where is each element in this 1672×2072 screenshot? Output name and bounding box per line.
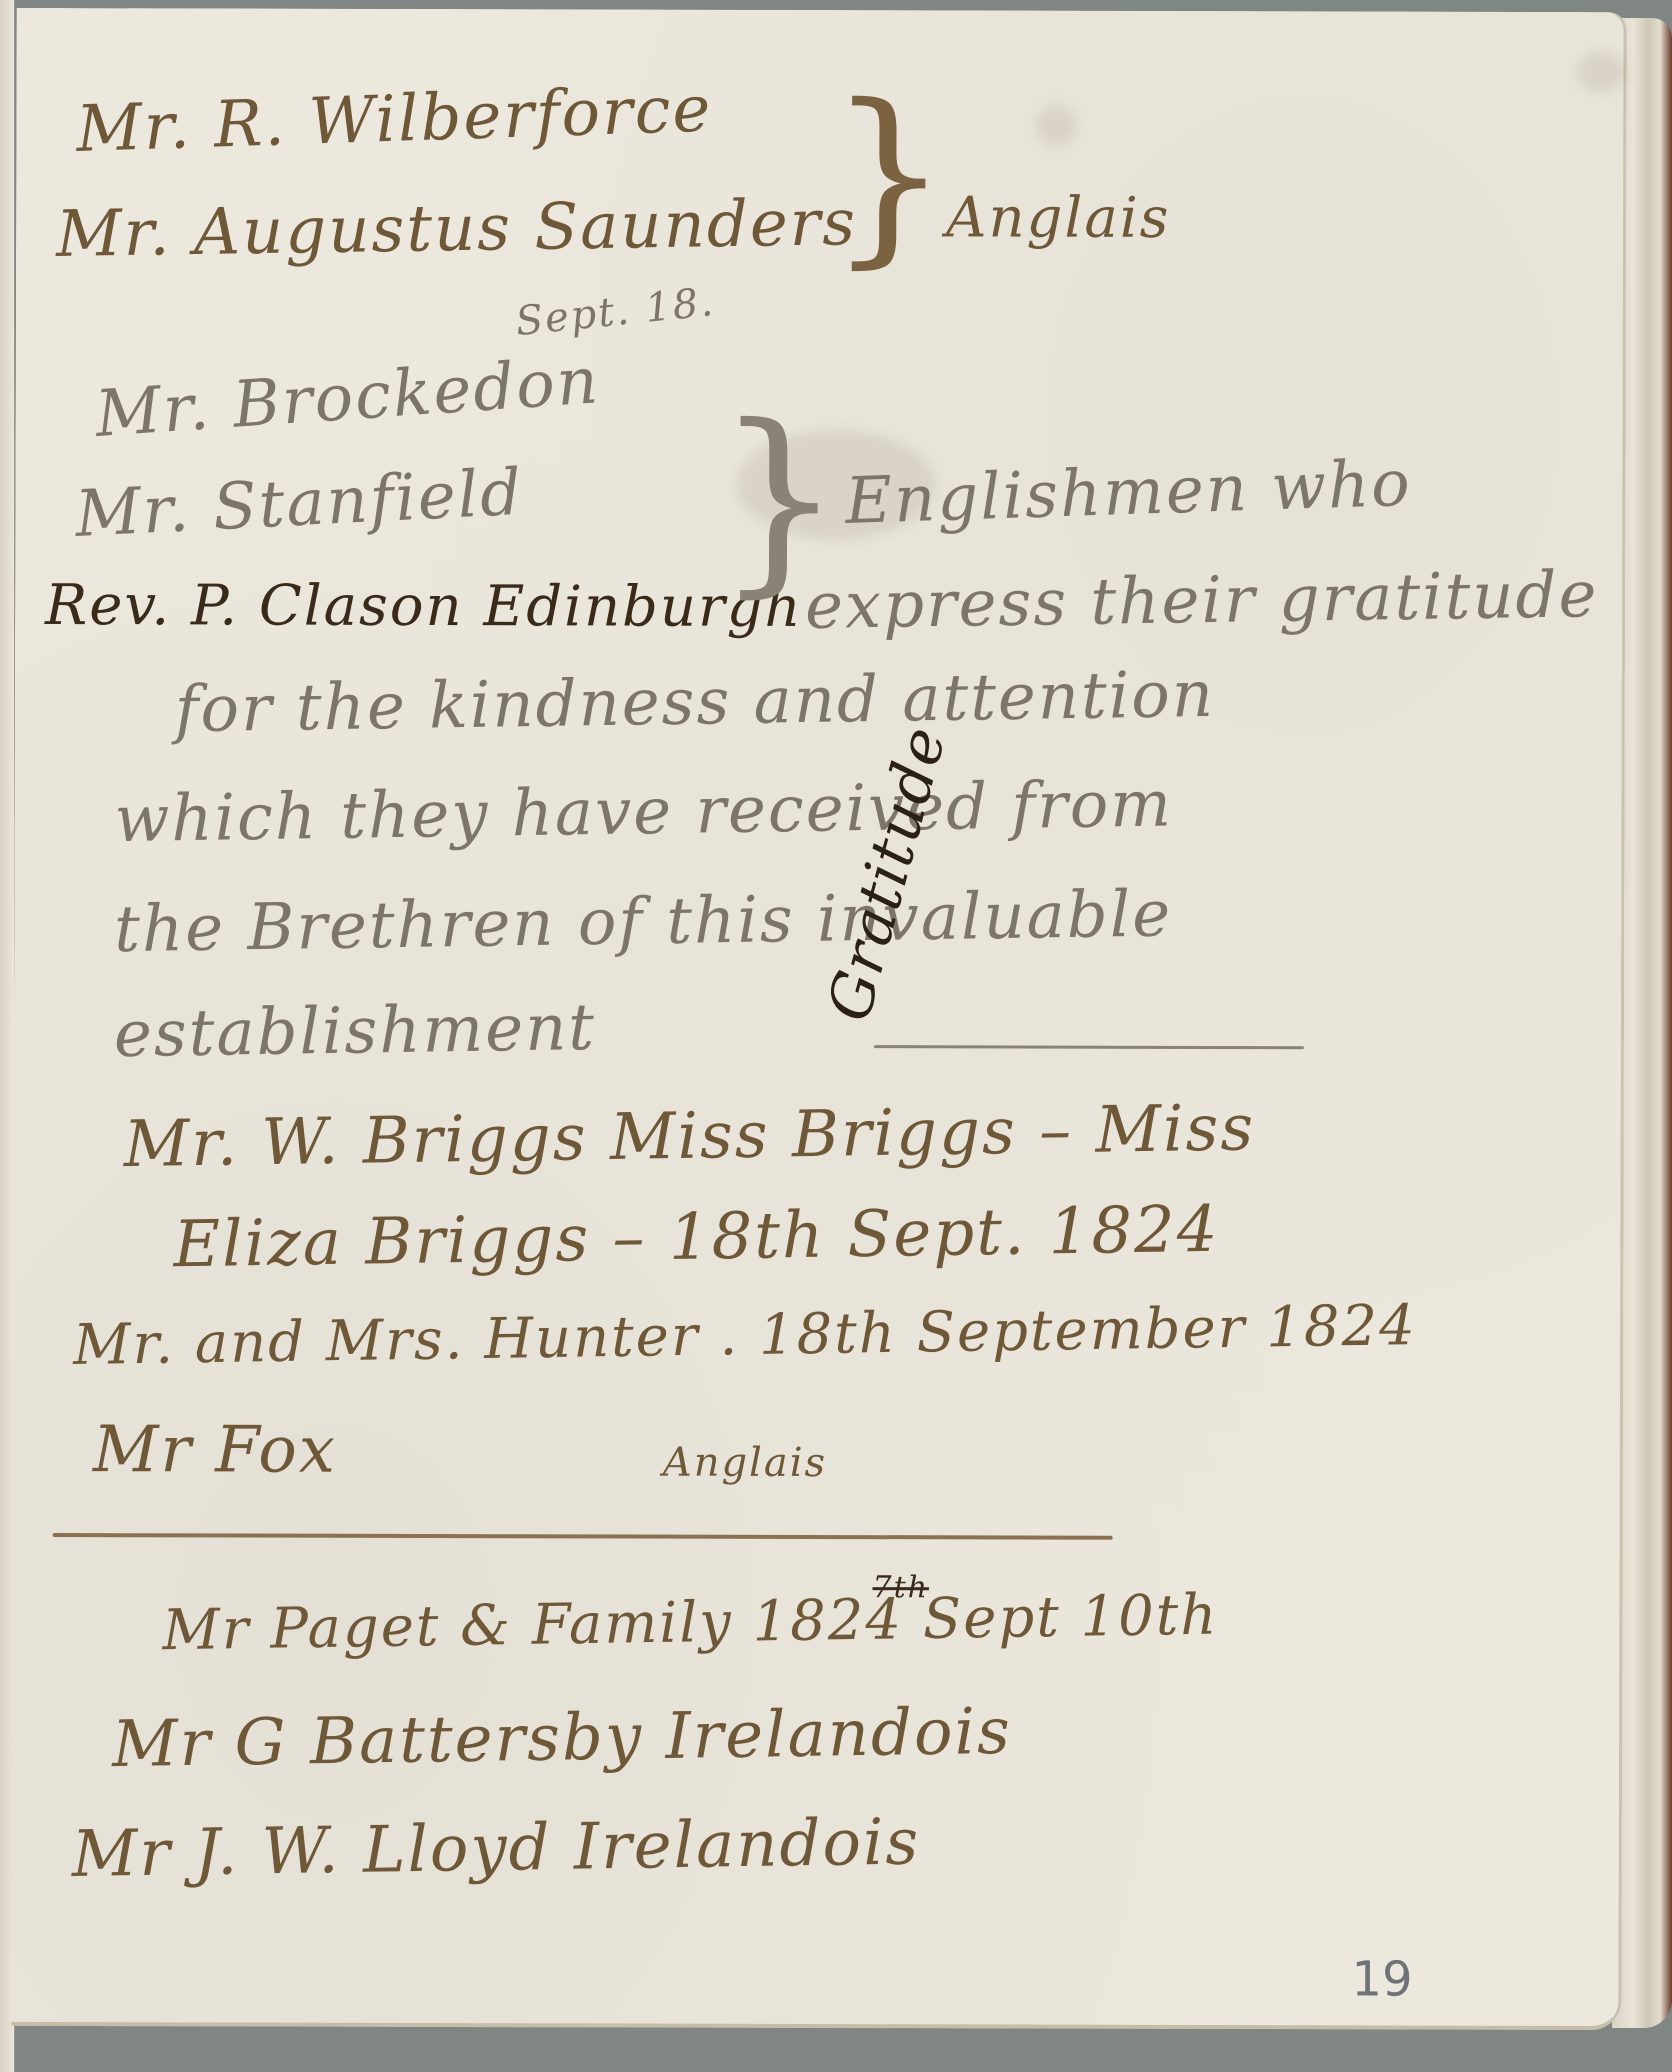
note-anglais-2: Anglais [663, 1440, 827, 1486]
message-line-4: which they have received from [114, 767, 1173, 857]
entry-lloyd: Mr J. W. Lloyd Irelandois [71, 1805, 921, 1892]
message-line-1: Englishmen who [844, 447, 1413, 539]
entry-saunders: Mr. Augustus Saunders [56, 186, 858, 272]
brace-group1: } [828, 80, 949, 270]
entry-briggs-line-1: Mr. W. Briggs Miss Briggs – Miss [123, 1091, 1256, 1182]
note-anglais-1: Anglais [946, 185, 1170, 251]
message-underline [874, 1045, 1304, 1049]
entry-briggs-line-2: Eliza Briggs – 18th Sept. 1824 [173, 1193, 1220, 1283]
entry-stanfield: Mr. Stanfield [73, 456, 524, 552]
page-number: 19 [1351, 1951, 1412, 2007]
ink-stain [1036, 106, 1076, 146]
entry-brockedon: Mr. Brockedon [93, 344, 602, 452]
entry-date-sept-18: Sept. 18. [513, 279, 716, 345]
message-line-2: express their gratitude [805, 558, 1599, 644]
message-line-5: the Brethren of this invaluable [114, 877, 1173, 967]
message-line-3: for the kindness and attention [174, 658, 1215, 747]
struck-text: 7th [872, 1570, 929, 1605]
entry-wilberforce: Mr. R. Wilberforce [75, 73, 713, 168]
ink-stain [1576, 52, 1626, 92]
entry-clason: Rev. P. Clason Edinburgh [45, 573, 803, 640]
entry-fox: Mr Fox [93, 1413, 337, 1488]
vertical-annotation: Gratitude [814, 719, 960, 1028]
entry-hunter: Mr. and Mrs. Hunter . 18th September 182… [73, 1293, 1418, 1378]
entry-paget: Mr Paget & Family 1824 Sept 10th [162, 1583, 1219, 1664]
manuscript-page: Mr. R. Wilberforce Mr. Augustus Saunders… [11, 8, 1626, 2030]
entry-battersby: Mr G Battersby Irelandois [112, 1695, 1013, 1782]
message-line-6: establishment [113, 991, 596, 1072]
section-divider [53, 1533, 1113, 1540]
